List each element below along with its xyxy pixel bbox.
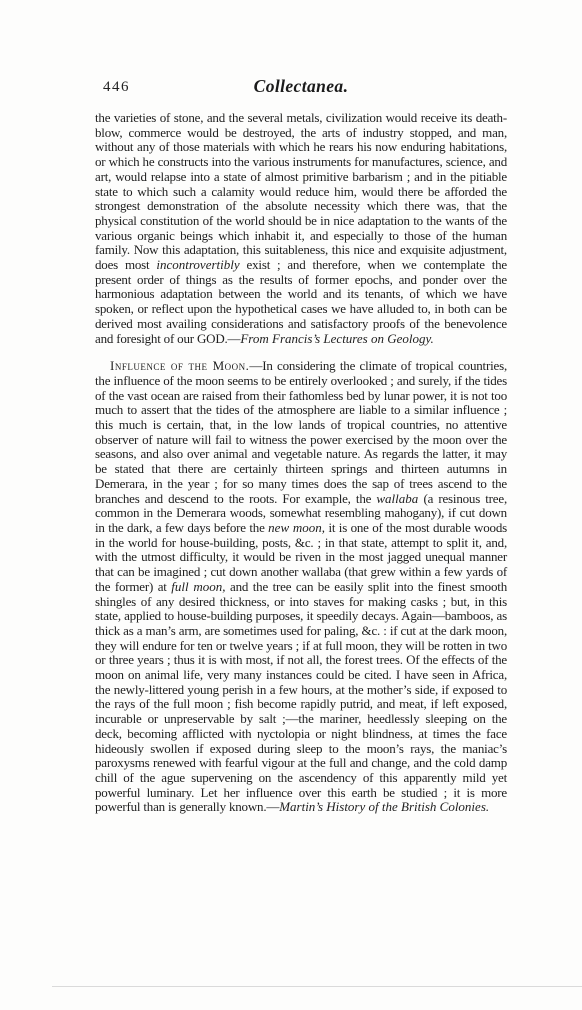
emphasis-incontrovertibly: incontrovertibly [156,257,239,272]
emphasis-full-moon: full moon, [171,579,225,594]
emphasis-wallaba: wallaba [376,491,418,506]
body-text: —In considering the climate of tropical … [95,358,507,505]
book-page: 446 Collectanea. the varieties of stone,… [0,0,582,1010]
body-text: the varieties of stone, and the several … [95,110,507,272]
paragraph-geology: the varieties of stone, and the several … [95,111,507,346]
citation-martins-history: Martin’s History of the British Colonies… [279,799,489,814]
citation-francis-lectures: From Francis’s Lectures on Geology. [240,331,433,346]
article-heading-influence-of-the-moon: Influence of the Moon. [110,358,249,373]
paragraph-influence-of-the-moon: Influence of the Moon.—In considering th… [95,359,507,815]
body-text: and the tree can be easily split into th… [95,579,507,815]
running-title: Collectanea. [95,76,507,97]
text-column: the varieties of stone, and the several … [95,111,507,815]
page-bottom-rule [52,986,582,987]
emphasis-new-moon: new moon, [268,520,325,535]
page-header: 446 Collectanea. [95,76,507,100]
